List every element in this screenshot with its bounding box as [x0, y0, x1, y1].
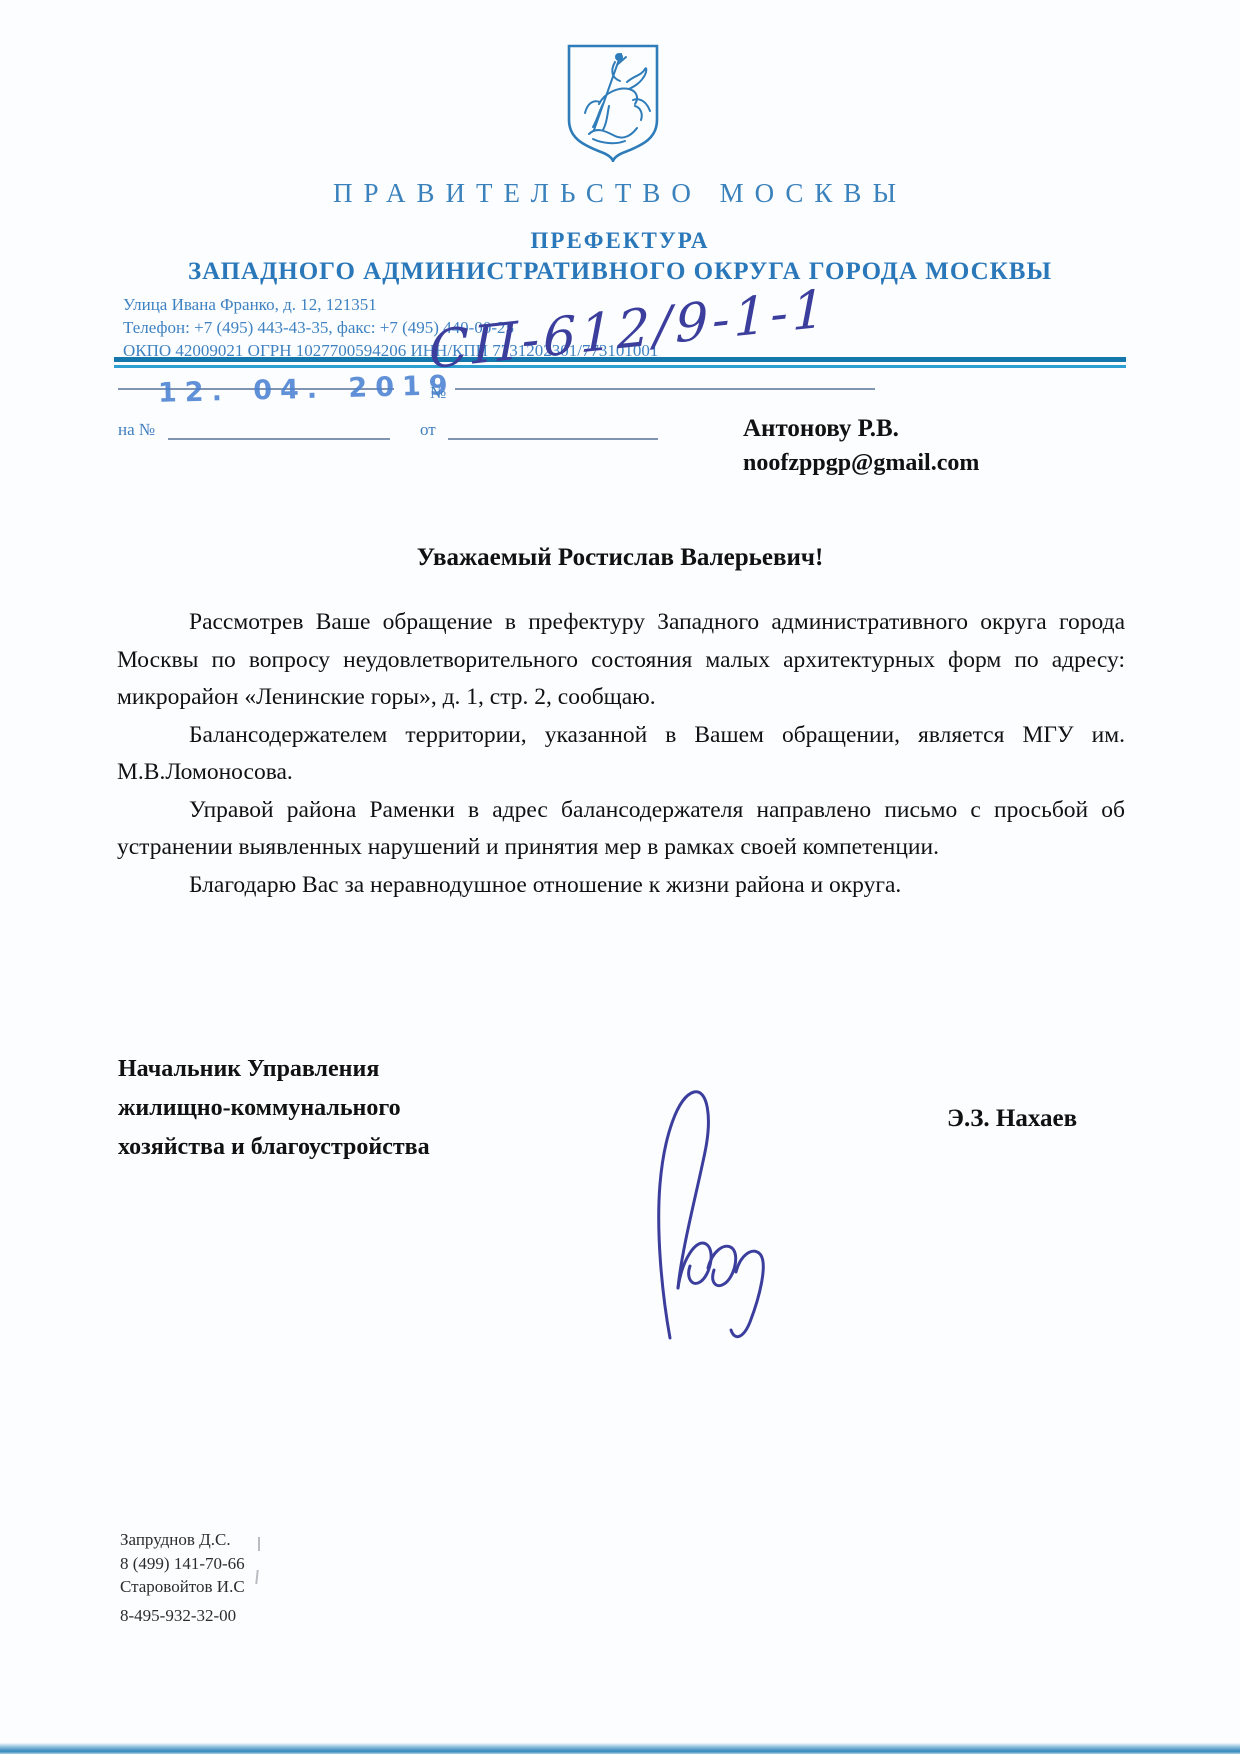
- prefecture-title: ПРЕФЕКТУРА: [0, 228, 1240, 254]
- moscow-coat-of-arms-icon: [562, 42, 664, 162]
- number-label: №: [430, 383, 446, 403]
- signer-position-line: жилищно-коммунального: [118, 1089, 430, 1128]
- number-underline: [455, 388, 875, 390]
- date-stamp: 12. 04. 2019: [158, 370, 456, 409]
- scanned-letter-page: ПРАВИТЕЛЬСТВО МОСКВЫ ПРЕФЕКТУРА ЗАПАДНОГ…: [0, 0, 1240, 1754]
- paragraph: Благодарю Вас за неравнодушное отношение…: [117, 867, 1125, 905]
- recipient-email: noofzppgp@gmail.com: [743, 446, 1143, 480]
- signer-name: Э.З. Нахаев: [947, 1105, 1077, 1133]
- paragraph: Управой района Раменки в адрес балансоде…: [117, 792, 1125, 867]
- executor-name: Запруднов Д.С.: [120, 1528, 245, 1552]
- reply-to-underline: [168, 438, 390, 440]
- executor-phone: 8-495-932-32-00: [120, 1604, 245, 1628]
- scan-mark: [255, 1570, 258, 1584]
- district-title: ЗАПАДНОГО АДМИНИСТРАТИВНОГО ОКРУГА ГОРОД…: [0, 258, 1240, 286]
- paragraph: Балансодержателем территории, указанной …: [117, 717, 1125, 792]
- handwritten-signature: [608, 1080, 818, 1345]
- salutation: Уважаемый Ростислав Валерьевич!: [0, 544, 1240, 572]
- scan-mark: [258, 1537, 260, 1551]
- signer-position-line: Начальник Управления: [118, 1050, 430, 1089]
- executor-name: Старовойтов И.С: [120, 1575, 245, 1599]
- signer-position: Начальник Управления жилищно-коммунально…: [118, 1050, 430, 1167]
- paragraph: Рассмотрев Ваше обращение в префектуру З…: [117, 604, 1125, 717]
- executor-phone: 8 (499) 141-70-66: [120, 1552, 245, 1576]
- from-label: от: [420, 420, 436, 440]
- scan-edge-band: [0, 1743, 1240, 1754]
- recipient-name: Антонову Р.В.: [743, 412, 1143, 446]
- executor-contacts: Запруднов Д.С. 8 (499) 141-70-66 Старово…: [120, 1528, 245, 1627]
- from-underline: [448, 438, 658, 440]
- recipient-block: Антонову Р.В. noofzppgp@gmail.com: [743, 412, 1143, 480]
- signer-position-line: хозяйства и благоустройства: [118, 1128, 430, 1167]
- government-title: ПРАВИТЕЛЬСТВО МОСКВЫ: [0, 178, 1240, 209]
- letter-body: Рассмотрев Ваше обращение в префектуру З…: [117, 604, 1125, 904]
- divider-thin-line: [114, 365, 1126, 368]
- reply-to-label: на №: [118, 420, 155, 440]
